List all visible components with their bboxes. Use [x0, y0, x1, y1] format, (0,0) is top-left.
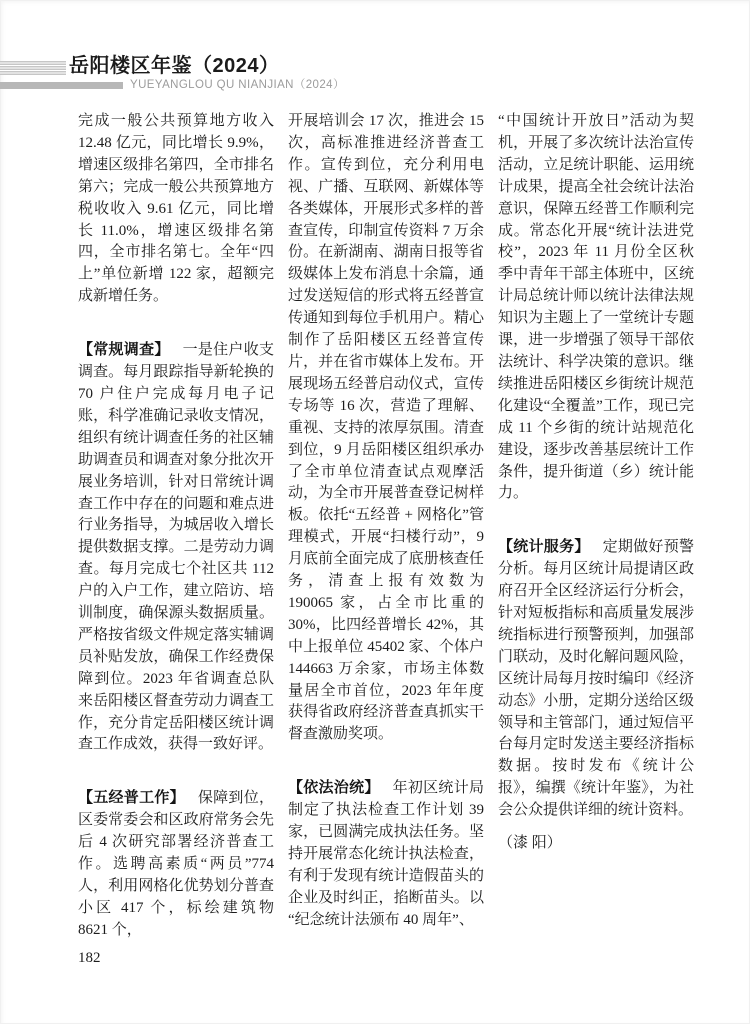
section-regular-survey: 【常规调查】一是住户收支调查。每月跟踪指导新轮换的 70 户住户完成每月电子记账… [78, 339, 274, 756]
paragraph-text: 开展培训会 17 次，推进会 15 次，高标准推进经济普查工作。宣传到位，充分利… [288, 113, 484, 742]
section-text: 定期做好预警分析。每月区统计局提请区政府召开全区经济运行分析会，针对短板指标和高… [498, 539, 694, 818]
section-economic-census: 【五经普工作】保障到位，区委常委会和区政府常务会先后 4 次研究部署经济普查工作… [78, 787, 274, 941]
section-heading: 【依法治统】 [288, 779, 393, 796]
page-number: 182 [78, 950, 101, 967]
section-heading: 【五经普工作】 [78, 789, 198, 806]
section-statistical-services: 【统计服务】定期做好预警分析。每月区统计局提请区政府召开全区经济运行分析会，针对… [498, 536, 694, 822]
byline: （漆 阳） [498, 833, 694, 855]
paragraph-text: “中国统计开放日”活动为契机，开展了多次统计法治宣传活动，立足统计职能、运用统计… [498, 113, 694, 501]
page-title: 岳阳楼区年鉴（2024） [69, 53, 280, 79]
header-stripes-decoration [0, 61, 66, 75]
section-law-based-statistics: 【依法治统】年初区统计局制定了执法检查工作计划 39 家，已圆满完成执法任务。坚… [288, 777, 484, 931]
section-text: 一是住户收支调查。每月跟踪指导新轮换的 70 户住户完成每月电子记账，科学准确记… [78, 342, 274, 752]
subtitle-bar-decoration [0, 82, 123, 89]
text-column-1: 完成一般公共预算地方收入 12.48 亿元，同比增长 9.9%，增速区级排名第四… [78, 111, 274, 942]
paragraph-continuation: “中国统计开放日”活动为契机，开展了多次统计法治宣传活动，立足统计职能、运用统计… [498, 111, 694, 505]
section-heading: 【常规调查】 [78, 341, 183, 358]
section-text: 年初区统计局制定了执法检查工作计划 39 家，已圆满完成执法任务。坚持开展常态化… [288, 780, 484, 927]
page-content: 完成一般公共预算地方收入 12.48 亿元，同比增长 9.9%，增速区级排名第四… [78, 111, 694, 942]
paragraph-text: 完成一般公共预算地方收入 12.48 亿元，同比增长 9.9%，增速区级排名第四… [78, 113, 274, 304]
paragraph-continuation: 完成一般公共预算地方收入 12.48 亿元，同比增长 9.9%，增速区级排名第四… [78, 111, 274, 308]
page-subtitle: YUEYANGLOU QU NIANJIAN（2024） [130, 79, 345, 92]
section-text: 保障到位，区委常委会和区政府常务会先后 4 次研究部署经济普查工作。选聘高素质“… [78, 790, 274, 937]
paragraph-continuation: 开展培训会 17 次，推进会 15 次，高标准推进经济普查工作。宣传到位，充分利… [288, 111, 484, 746]
text-column-2: 开展培训会 17 次，推进会 15 次，高标准推进经济普查工作。宣传到位，充分利… [288, 111, 484, 942]
section-heading: 【统计服务】 [498, 538, 603, 555]
text-column-3: “中国统计开放日”活动为契机，开展了多次统计法治宣传活动，立足统计职能、运用统计… [498, 111, 694, 942]
yearbook-page: 岳阳楼区年鉴（2024） YUEYANGLOU QU NIANJIAN（2024… [0, 0, 750, 1024]
